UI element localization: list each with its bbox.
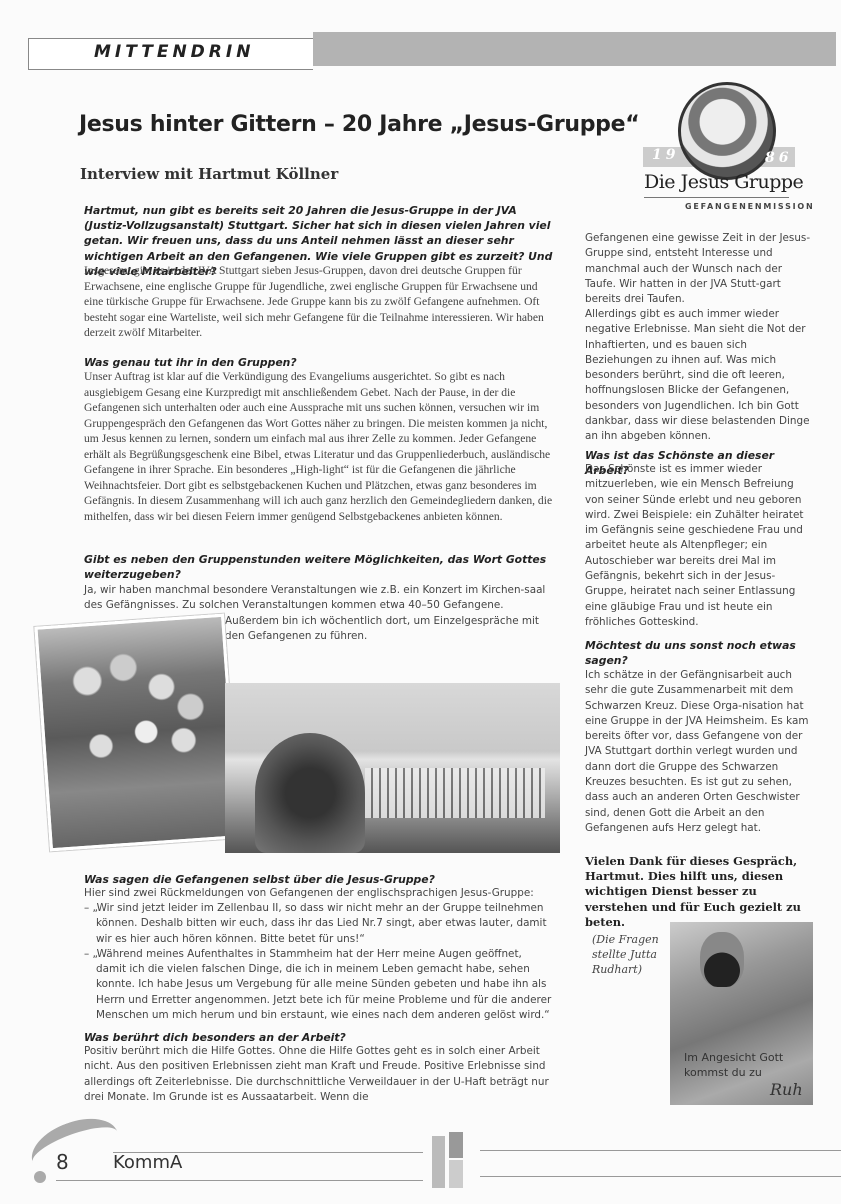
logo-divider <box>644 197 789 198</box>
logo-year-right: 86 <box>765 150 792 166</box>
footer-rule-bottom-right <box>480 1176 841 1177</box>
answer-1: Insgesamt gibt es in der JVA Stuttgart s… <box>84 263 554 341</box>
article-title: Jesus hinter Gittern – 20 Jahre „Jesus-G… <box>79 112 639 137</box>
magazine-brand: KommA <box>113 1152 182 1173</box>
page-footer: 8 KommA <box>0 1110 841 1204</box>
answer-5-continued-2: Allerdings gibt es auch immer wieder neg… <box>585 307 813 445</box>
quote-item: – „Wir sind jetzt leider im Zellenbau II… <box>96 901 554 947</box>
answer-2: Unser Auftrag ist klar auf die Verkündig… <box>84 369 554 524</box>
answer-4-intro: Hier sind zwei Rückmeldungen von Gefange… <box>84 886 554 901</box>
logo-year-left: 19 <box>652 147 679 163</box>
group-photo <box>34 614 239 852</box>
question-7: Möchtest du uns sonst noch etwas sagen? <box>585 638 813 668</box>
article-subtitle: Interview mit Hartmut Köllner <box>80 165 338 183</box>
section-label-box: MITTENDRIN <box>28 38 313 70</box>
question-3: Gibt es neben den Gruppenstunden weitere… <box>84 552 554 582</box>
globe-icon <box>678 82 776 180</box>
painting-inscription: Im Angesicht Gott kommst du zu <box>684 1050 783 1080</box>
answer-5: Positiv berührt mich die Hilfe Gottes. O… <box>84 1044 554 1105</box>
question-5: Was berührt dich besonders an der Arbeit… <box>84 1030 554 1045</box>
header-gray-band <box>313 32 836 66</box>
question-4: Was sagen die Gefangenen selbst über die… <box>84 872 554 887</box>
answer-6: Das Schönste ist es immer wieder mitzuer… <box>585 462 813 630</box>
jesus-gruppe-logo: 19 86 Die Jesus Gruppe GEFANGENENMISSION <box>640 75 820 220</box>
quote-item: – „Während meines Aufenthaltes in Stammh… <box>96 947 554 1023</box>
logo-name: Die Jesus Gruppe <box>644 171 803 193</box>
footer-rule-top-right <box>480 1150 841 1151</box>
answer-3-part-2: Außerdem bin ich wöchentlich dort, um Ei… <box>225 614 555 645</box>
quote-list: – „Wir sind jetzt leider im Zellenbau II… <box>84 901 554 1023</box>
answer-3-part-1: Ja, wir haben manchmal besondere Veranst… <box>84 583 554 614</box>
page-number: 8 <box>56 1150 69 1174</box>
jesus-painting: Im Angesicht Gott kommst du zu Ruh <box>670 922 813 1105</box>
section-header: MITTENDRIN <box>28 30 836 68</box>
closing-statement: Vielen Dank für dieses Gespräch, Hartmut… <box>585 854 813 930</box>
dot-icon <box>34 1171 46 1183</box>
logo-tagline: GEFANGENENMISSION <box>685 202 815 211</box>
painting-figure <box>700 932 744 987</box>
answer-7: Ich schätze in der Gefängnisarbeit auch … <box>585 668 813 836</box>
footer-rule-top-left <box>113 1152 423 1153</box>
answer-5-continued: Gefangenen eine gewisse Zeit in der Jesu… <box>585 231 813 307</box>
interviewer-credit: (Die Fragen stellte Jutta Rudhart) <box>592 932 667 977</box>
church-logo-icon <box>432 1132 466 1188</box>
painting-inscription-ruh: Ruh <box>770 1080 803 1099</box>
footer-rule-bottom-left <box>56 1180 423 1181</box>
prison-building-photo <box>225 683 560 853</box>
section-label: MITTENDRIN <box>94 42 254 62</box>
question-2: Was genau tut ihr in den Gruppen? <box>84 355 554 370</box>
